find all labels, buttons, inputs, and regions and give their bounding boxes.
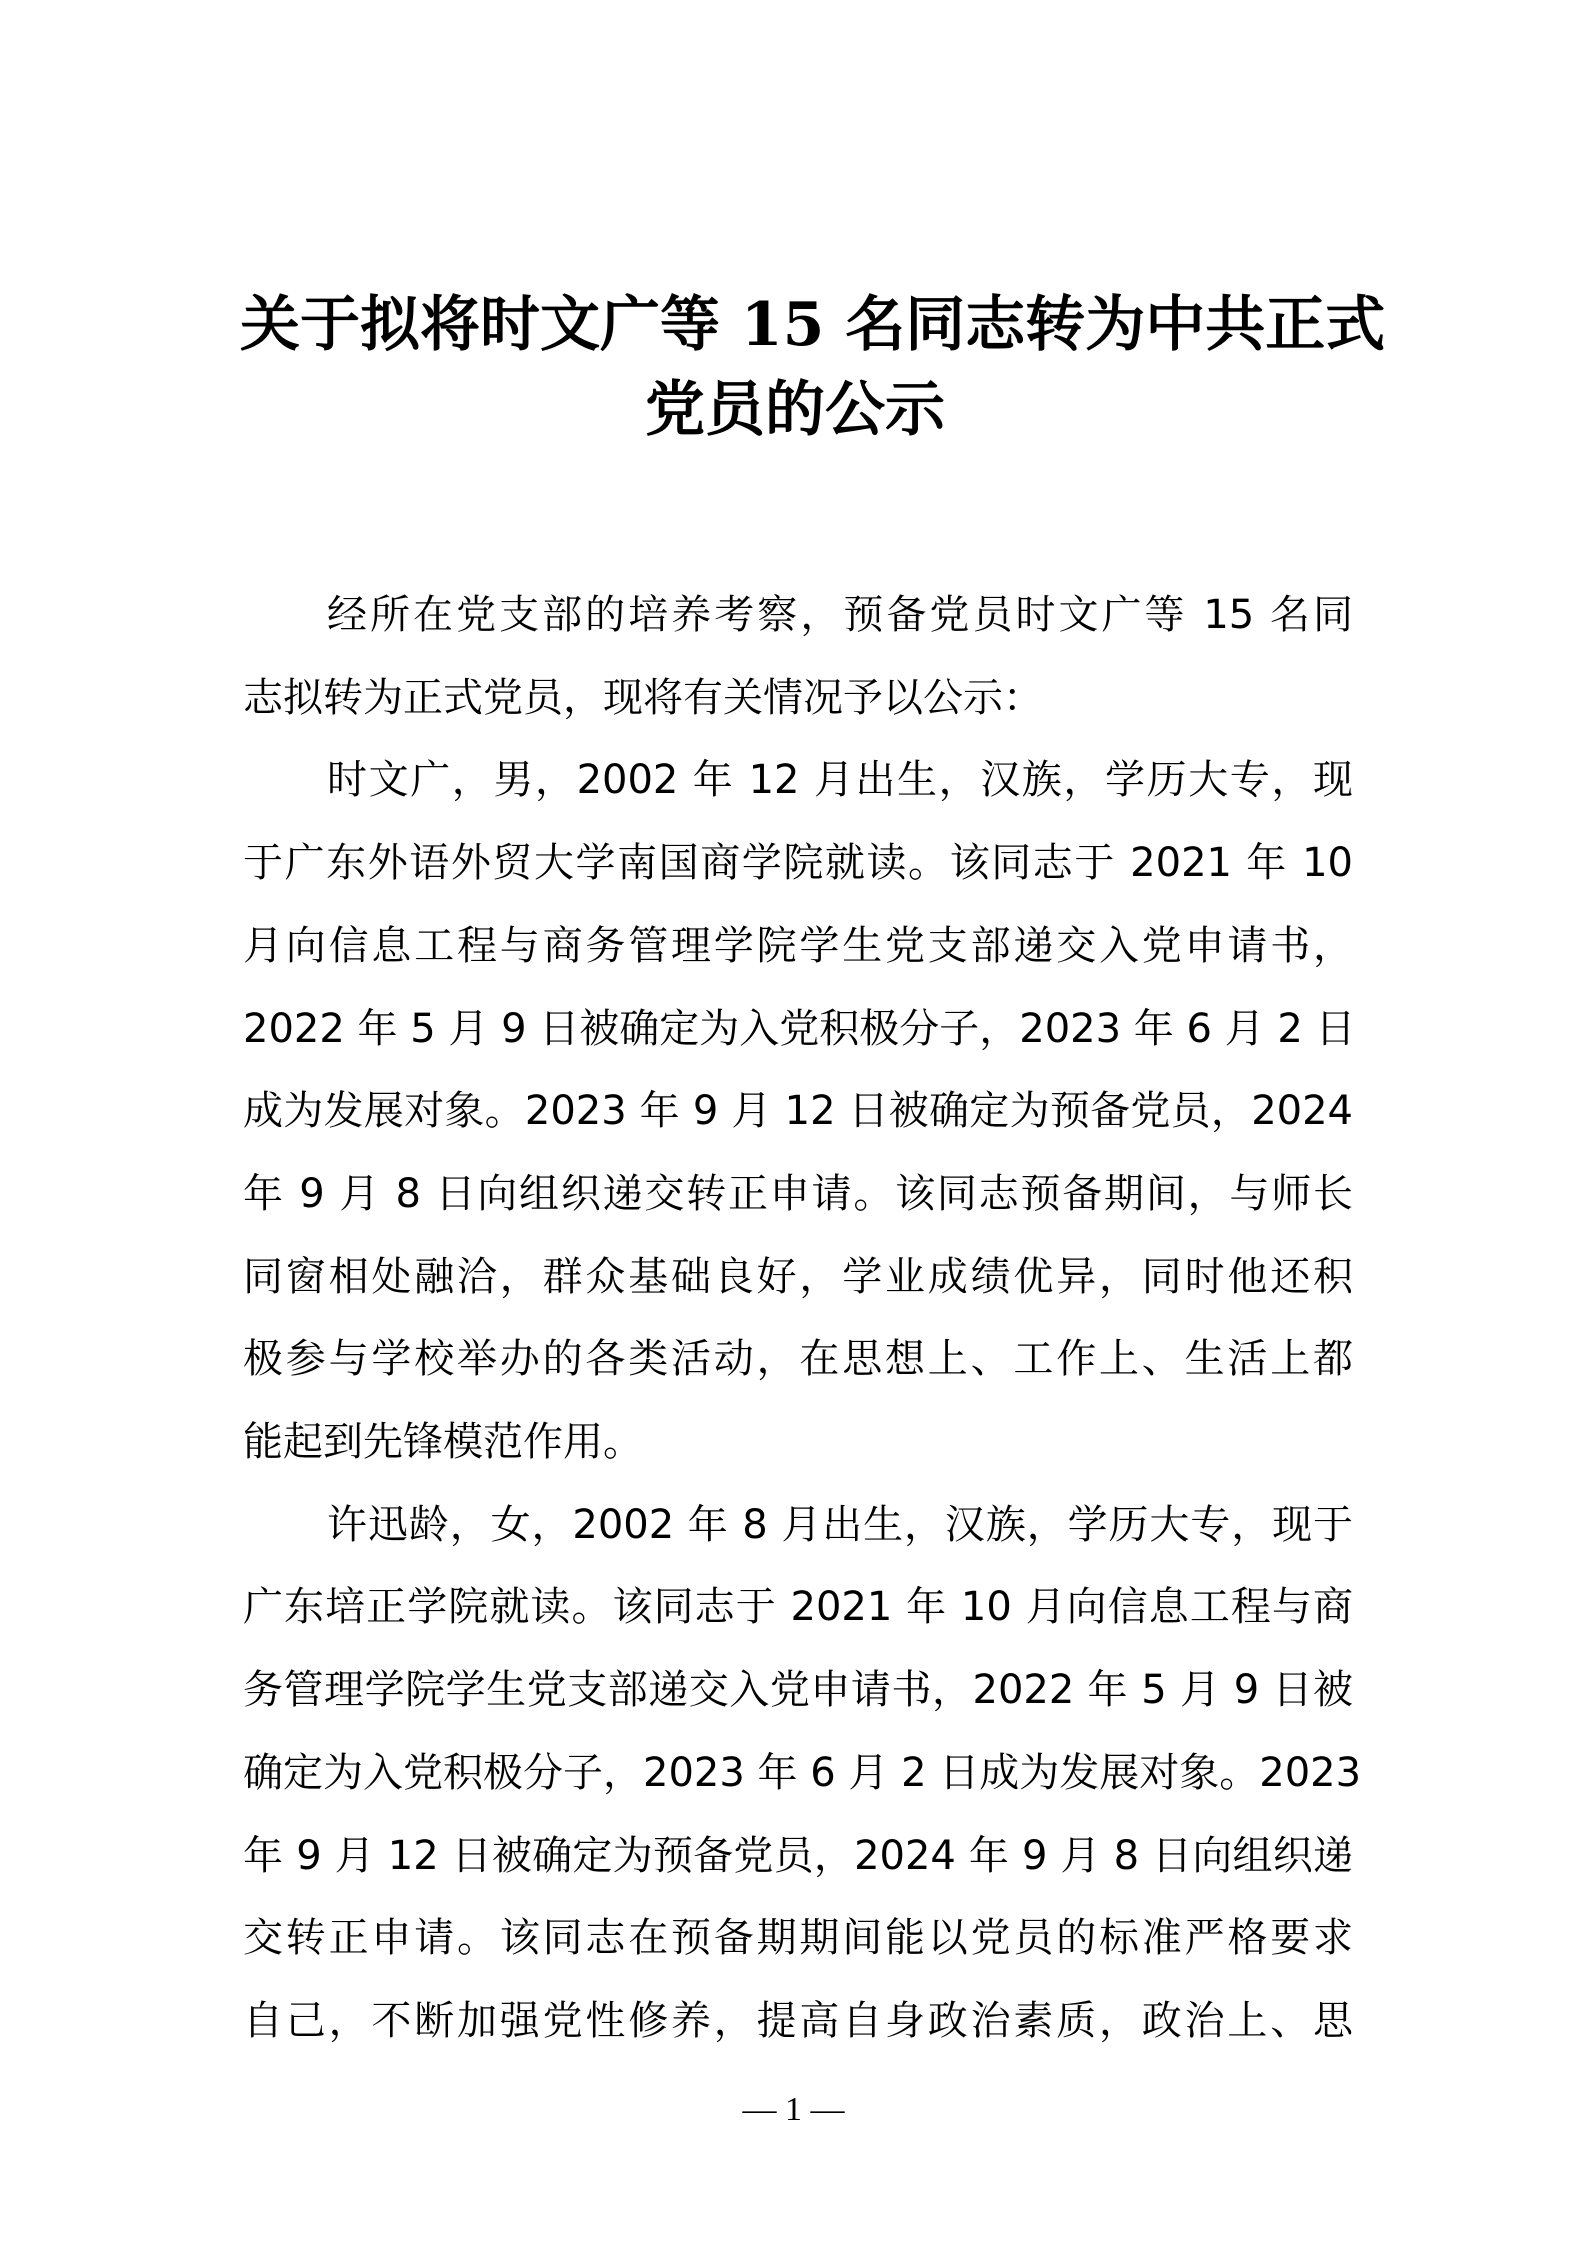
body-text-line: 于广东外语外贸大学南国商学院就读。该同志于 2021 年 10 (243, 833, 1353, 893)
body-text-line: 自己，不断加强党性修养，提高自身政治素质，政治上、思 (243, 1991, 1353, 2051)
body-text-line: 广东培正学院就读。该同志于 2021 年 10 月向信息工程与商 (243, 1577, 1353, 1637)
body-text-line: 同窗相处融洽，群众基础良好，学业成绩优异，同时他还积 (243, 1247, 1353, 1307)
body-text-line: 确定为入党积极分子，2023 年 6 月 2 日成为发展对象。2023 (243, 1743, 1353, 1803)
document-title-line-1: 关于拟将时文广等 15 名同志转为中共正式 (240, 283, 1350, 367)
body-text-line: 成为发展对象。2023 年 9 月 12 日被确定为预备党员，2024 (243, 1081, 1353, 1141)
body-text-line: 时文广，男，2002 年 12 月出生，汉族，学历大专，现 (327, 750, 1353, 810)
body-text-line: 月向信息工程与商务管理学院学生党支部递交入党申请书， (243, 916, 1353, 976)
body-text-line: 极参与学校举办的各类活动，在思想上、工作上、生活上都 (243, 1329, 1353, 1389)
body-text-line: 许迅龄，女，2002 年 8 月出生，汉族，学历大专，现于 (327, 1495, 1353, 1555)
body-text-line: 交转正申请。该同志在预备期期间能以党员的标准严格要求 (243, 1908, 1353, 1968)
body-text-line: 志拟转为正式党员，现将有关情况予以公示： (243, 668, 1353, 728)
body-text-line: 年 9 月 12 日被确定为预备党员，2024 年 9 月 8 日向组织递 (243, 1826, 1353, 1886)
document-page: 关于拟将时文广等 15 名同志转为中共正式 党员的公示 经所在党支部的培养考察，… (0, 0, 1587, 2245)
document-title-line-2: 党员的公示 (240, 368, 1350, 452)
body-text-line: 务管理学院学生党支部递交入党申请书，2022 年 5 月 9 日被 (243, 1660, 1353, 1720)
body-text-line: 2022 年 5 月 9 日被确定为入党积极分子，2023 年 6 月 2 日 (243, 999, 1353, 1059)
body-text-line: 年 9 月 8 日向组织递交转正申请。该同志预备期间，与师长 (243, 1164, 1353, 1224)
body-text-line: 能起到先锋模范作用。 (243, 1412, 1353, 1472)
page-number: — 1 — (0, 2090, 1587, 2130)
body-text-line: 经所在党支部的培养考察，预备党员时文广等 15 名同 (327, 585, 1353, 645)
